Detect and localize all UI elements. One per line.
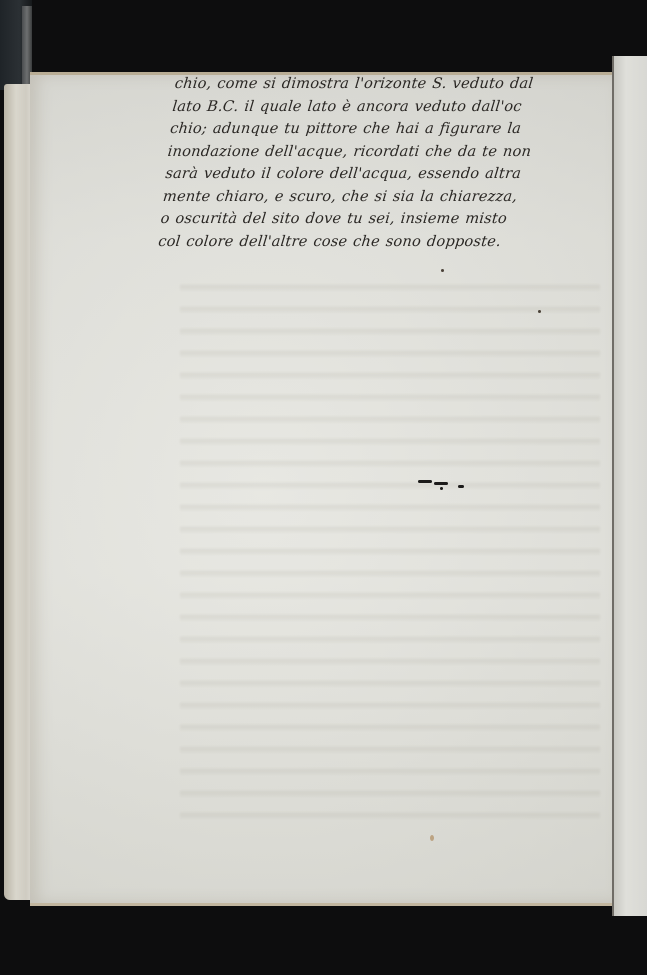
text-line: lato B.C. il quale lato è ancora veduto … xyxy=(171,96,605,119)
manuscript-scan: chio, come si dimostra l'orizonte S. ved… xyxy=(0,0,647,975)
bleed-through-text xyxy=(180,270,600,830)
text-line: col colore dell'altre cose che sono dopp… xyxy=(157,231,591,254)
ink-dot xyxy=(538,310,541,313)
text-line: inondazione dell'acque, ricordati che da… xyxy=(167,141,601,164)
text-line: chio, come si dimostra l'orizonte S. ved… xyxy=(174,73,608,96)
text-line: o oscurità del sito dove tu sei, insieme… xyxy=(159,208,593,231)
ink-dot xyxy=(441,269,444,272)
binding-strap xyxy=(0,0,32,90)
text-line: mente chiaro, e scuro, che si sia la chi… xyxy=(162,186,596,209)
handwritten-text: chio, come si dimostra l'orizonte S. ved… xyxy=(157,73,608,253)
facing-page-edge xyxy=(612,56,647,916)
ink-blot xyxy=(418,478,468,492)
text-line: chio; adunque tu pittore che hai a figur… xyxy=(169,118,603,141)
paper-stain xyxy=(430,835,434,841)
text-line: sarà veduto il colore dell'acqua, essend… xyxy=(164,163,598,186)
